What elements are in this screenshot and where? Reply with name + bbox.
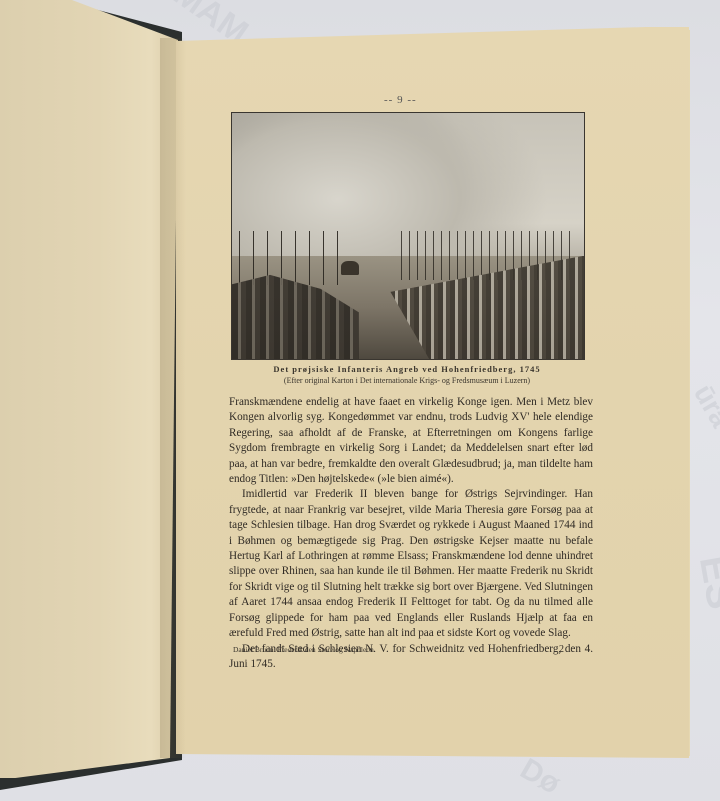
left-page-blank — [0, 0, 178, 778]
background-watermark: Dø — [514, 752, 566, 801]
caption-title: Det prøjsiske Infanteris Angreb ved Hohe… — [230, 364, 584, 375]
paragraph: Imidlertid var Frederik II bleven bange … — [229, 487, 593, 641]
illustration-rider — [341, 261, 359, 275]
paragraph: Franskmændene endelig at have faaet en v… — [229, 395, 593, 487]
page-number: -- 9 -- — [384, 94, 417, 106]
signature-mark: 2 — [559, 644, 564, 655]
battle-illustration — [231, 112, 585, 360]
caption-source: (Efter original Karton i Det internation… — [230, 375, 584, 386]
footer-imprint: Daniel Bruun: Frederik den Store og Napo… — [233, 645, 376, 654]
background-watermark: ūra — [687, 379, 720, 433]
plate-caption: Det prøjsiske Infanteris Angreb ved Hohe… — [230, 364, 584, 386]
spine-gutter — [160, 38, 186, 758]
body-text: Franskmændene endelig at have faaet en v… — [229, 395, 593, 672]
illustration-spears — [239, 231, 345, 285]
background-watermark: ES — [690, 552, 720, 612]
